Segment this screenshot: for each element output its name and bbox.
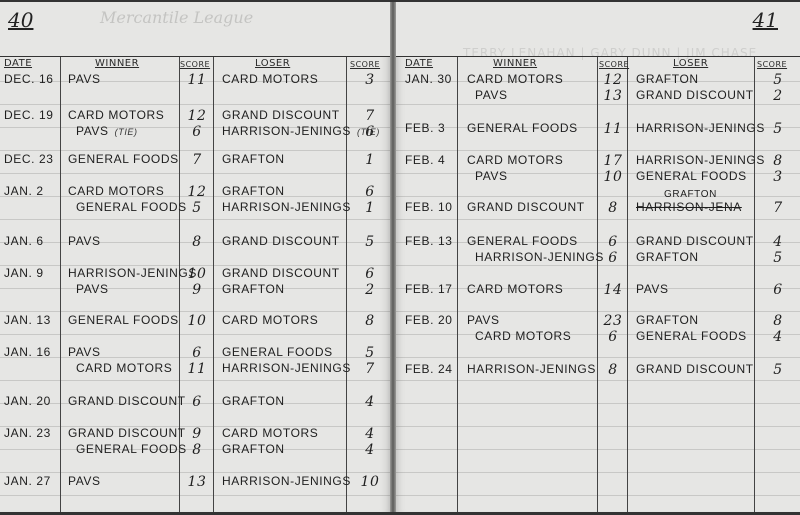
page-number: 40 bbox=[8, 8, 33, 32]
winner-score: 8 bbox=[600, 200, 626, 216]
winner-team: GENERAL FOODS bbox=[76, 442, 187, 456]
game-row: CARD MOTORS11HARRISON-JENINGS7 bbox=[0, 361, 393, 379]
loser-score: 6 bbox=[763, 282, 793, 298]
winner-team: GRAND DISCOUNT bbox=[467, 200, 585, 214]
loser-team: HARRISON-JENINGS bbox=[222, 361, 351, 375]
winner-team: CARD MOTORS bbox=[467, 282, 563, 296]
loser-score: 8 bbox=[350, 313, 390, 329]
loser-score: 5 bbox=[350, 234, 390, 250]
loser-score: 4 bbox=[763, 329, 793, 345]
winner-score: 17 bbox=[600, 153, 626, 169]
winner-score: 8 bbox=[184, 234, 210, 250]
loser-team: GRAFTON bbox=[636, 250, 699, 264]
game-row: JAN. 6PAVS8GRAND DISCOUNT5 bbox=[0, 234, 393, 252]
winner-score: 8 bbox=[184, 442, 210, 458]
game-date: JAN. 2 bbox=[4, 184, 44, 198]
game-date: FEB. 24 bbox=[405, 362, 453, 376]
game-row: PAVS(tie)6HARRISON-JENINGS(tie)6 bbox=[0, 124, 393, 142]
loser-team: GRAFTON bbox=[222, 184, 285, 198]
winner-team: PAVS bbox=[467, 313, 500, 327]
loser-team: CARD MOTORS bbox=[222, 72, 318, 86]
winner-score: 6 bbox=[600, 250, 626, 266]
right-page: 41 TERRY LENAHAN | GARY DUNN | JIM CHASE… bbox=[393, 0, 800, 515]
winner-score: 13 bbox=[600, 88, 626, 104]
loser-score: 7 bbox=[350, 108, 390, 124]
winner-team: GENERAL FOODS bbox=[76, 200, 187, 214]
game-date: FEB. 4 bbox=[405, 153, 445, 167]
game-date: FEB. 17 bbox=[405, 282, 453, 296]
winner-score: 8 bbox=[600, 362, 626, 378]
winner-team: PAVS bbox=[475, 169, 508, 183]
loser-score: 5 bbox=[350, 345, 390, 361]
loser-team: GRAFTON bbox=[636, 72, 699, 86]
loser-team: HARRISON-JENINGS bbox=[222, 200, 351, 214]
winner-team: PAVS bbox=[68, 72, 101, 86]
left-page: 40 Mercantile League DATE WINNER SCORE L… bbox=[0, 0, 393, 515]
winner-score: 6 bbox=[600, 234, 626, 250]
header-winner-score: SCORE bbox=[180, 60, 210, 69]
loser-score: 1 bbox=[350, 200, 390, 216]
loser-team: HARRISON-JENINGS bbox=[222, 474, 351, 488]
header-winner: WINNER bbox=[95, 58, 139, 69]
game-row: FEB. 3GENERAL FOODS11HARRISON-JENINGS5 bbox=[393, 121, 800, 139]
loser-team: PAVS bbox=[636, 282, 669, 296]
game-row: FEB. 10GRAND DISCOUNT8HARRISON-JENAGRAFT… bbox=[393, 200, 800, 218]
game-row: FEB. 17CARD MOTORS14PAVS6 bbox=[393, 282, 800, 300]
header-loser: LOSER bbox=[255, 58, 290, 69]
header-date: DATE bbox=[405, 58, 433, 69]
winner-score: 6 bbox=[184, 394, 210, 410]
winner-team: GENERAL FOODS bbox=[68, 313, 179, 327]
winner-team: GENERAL FOODS bbox=[467, 121, 578, 135]
winner-score: 10 bbox=[184, 313, 210, 329]
winner-team: CARD MOTORS bbox=[467, 153, 563, 167]
loser-score: 8 bbox=[763, 313, 793, 329]
winner-team: GENERAL FOODS bbox=[68, 152, 179, 166]
winner-team: HARRISON-JENINGS bbox=[68, 266, 197, 280]
game-row: DEC. 16PAVS11CARD MOTORS3 bbox=[0, 72, 393, 90]
loser-score: 2 bbox=[350, 282, 390, 298]
loser-team: HARRISON-JENAGRAFTON bbox=[636, 200, 742, 214]
winner-score: 6 bbox=[184, 345, 210, 361]
winner-score: 6 bbox=[600, 329, 626, 345]
header-winner-score: SCORE bbox=[599, 60, 629, 69]
game-row: JAN. 27PAVS13HARRISON-JENINGS10 bbox=[0, 474, 393, 492]
loser-team: GENERAL FOODS bbox=[636, 169, 747, 183]
loser-team: GRAFTON bbox=[222, 152, 285, 166]
winner-score: 9 bbox=[184, 426, 210, 442]
winner-score: 6 bbox=[184, 124, 210, 140]
loser-score: 2 bbox=[763, 88, 793, 104]
winner-score: 11 bbox=[184, 72, 210, 88]
loser-score: 3 bbox=[763, 169, 793, 185]
loser-team: GENERAL FOODS bbox=[636, 329, 747, 343]
loser-team: GRAND DISCOUNT bbox=[222, 234, 340, 248]
loser-team: GENERAL FOODS bbox=[222, 345, 333, 359]
game-row: DEC. 23GENERAL FOODS7GRAFTON1 bbox=[0, 152, 393, 170]
game-row: CARD MOTORS6GENERAL FOODS4 bbox=[393, 329, 800, 347]
game-date: FEB. 3 bbox=[405, 121, 445, 135]
winner-team: CARD MOTORS bbox=[76, 361, 172, 375]
loser-team: CARD MOTORS bbox=[222, 313, 318, 327]
game-date: JAN. 13 bbox=[4, 313, 51, 327]
loser-score: 8 bbox=[763, 153, 793, 169]
loser-score: 5 bbox=[763, 362, 793, 378]
loser-team: GRAFTON bbox=[222, 442, 285, 456]
winner-team: GENERAL FOODS bbox=[467, 234, 578, 248]
header-rule bbox=[0, 56, 393, 57]
faint-heading: Mercantile League bbox=[100, 8, 253, 27]
game-date: DEC. 19 bbox=[4, 108, 54, 122]
game-date: JAN. 27 bbox=[4, 474, 51, 488]
winner-score: 10 bbox=[600, 169, 626, 185]
game-date: JAN. 6 bbox=[4, 234, 44, 248]
loser-score: 6 bbox=[350, 266, 390, 282]
game-row: JAN. 20GRAND DISCOUNT6GRAFTON4 bbox=[0, 394, 393, 412]
winner-team: HARRISON-JENINGS bbox=[475, 250, 604, 264]
tie-note: (tie) bbox=[115, 127, 138, 137]
loser-score: 5 bbox=[763, 250, 793, 266]
loser-score: 7 bbox=[350, 361, 390, 377]
winner-score: 12 bbox=[184, 108, 210, 124]
loser-score: 6 bbox=[350, 124, 390, 140]
loser-score: 4 bbox=[763, 234, 793, 250]
winner-score: 10 bbox=[184, 266, 210, 282]
header-loser-score: SCORE bbox=[757, 60, 787, 69]
game-row: JAN. 13GENERAL FOODS10CARD MOTORS8 bbox=[0, 313, 393, 331]
winner-team: CARD MOTORS bbox=[68, 184, 164, 198]
game-row: PAVS10GENERAL FOODS3 bbox=[393, 169, 800, 187]
winner-score: 14 bbox=[600, 282, 626, 298]
winner-team: CARD MOTORS bbox=[68, 108, 164, 122]
game-row: PAVS9GRAFTON2 bbox=[0, 282, 393, 300]
loser-team: GRAFTON bbox=[222, 282, 285, 296]
winner-score: 9 bbox=[184, 282, 210, 298]
loser-team: GRAND DISCOUNT bbox=[636, 234, 754, 248]
loser-team: GRAND DISCOUNT bbox=[222, 108, 340, 122]
game-row: GENERAL FOODS8GRAFTON4 bbox=[0, 442, 393, 460]
loser-score: 4 bbox=[350, 394, 390, 410]
loser-team: HARRISON-JENINGS bbox=[636, 121, 765, 135]
loser-score: 4 bbox=[350, 426, 390, 442]
winner-team: PAVS bbox=[68, 345, 101, 359]
winner-team: PAVS bbox=[76, 282, 109, 296]
winner-score: 7 bbox=[184, 152, 210, 168]
winner-team: PAVS(tie) bbox=[76, 124, 138, 138]
game-date: DEC. 16 bbox=[4, 72, 54, 86]
game-date: FEB. 13 bbox=[405, 234, 453, 248]
winner-score: 5 bbox=[184, 200, 210, 216]
game-date: DEC. 23 bbox=[4, 152, 54, 166]
loser-team: HARRISON-JENINGS bbox=[636, 153, 765, 167]
loser-score: 6 bbox=[350, 184, 390, 200]
winner-team: HARRISON-JENINGS bbox=[467, 362, 596, 376]
struck-loser: HARRISON-JENA bbox=[636, 200, 742, 214]
header-winner: WINNER bbox=[493, 58, 537, 69]
loser-team: GRAND DISCOUNT bbox=[636, 362, 754, 376]
game-date: JAN. 9 bbox=[4, 266, 44, 280]
winner-team: GRAND DISCOUNT bbox=[68, 426, 186, 440]
corrected-loser: GRAFTON bbox=[664, 189, 717, 200]
header-loser: LOSER bbox=[673, 58, 708, 69]
top-edge bbox=[0, 0, 800, 2]
game-row: HARRISON-JENINGS6GRAFTON5 bbox=[393, 250, 800, 268]
game-date: JAN. 23 bbox=[4, 426, 51, 440]
loser-score: 7 bbox=[763, 200, 793, 216]
game-date: FEB. 10 bbox=[405, 200, 453, 214]
page-number: 41 bbox=[753, 8, 778, 32]
loser-score: 10 bbox=[350, 474, 390, 490]
loser-score: 5 bbox=[763, 72, 793, 88]
winner-team: GRAND DISCOUNT bbox=[68, 394, 186, 408]
loser-score: 3 bbox=[350, 72, 390, 88]
loser-team: GRAFTON bbox=[636, 313, 699, 327]
winner-team: PAVS bbox=[68, 234, 101, 248]
game-date: JAN. 30 bbox=[405, 72, 452, 86]
game-row: FEB. 24HARRISON-JENINGS8GRAND DISCOUNT5 bbox=[393, 362, 800, 380]
game-row: GENERAL FOODS5HARRISON-JENINGS1 bbox=[0, 200, 393, 218]
loser-score: 1 bbox=[350, 152, 390, 168]
loser-team: CARD MOTORS bbox=[222, 426, 318, 440]
loser-score: 4 bbox=[350, 442, 390, 458]
loser-team: GRAND DISCOUNT bbox=[636, 88, 754, 102]
loser-team: GRAFTON bbox=[222, 394, 285, 408]
winner-score: 23 bbox=[600, 313, 626, 329]
book-gutter bbox=[390, 0, 396, 515]
header-date: DATE bbox=[4, 58, 32, 69]
winner-team: CARD MOTORS bbox=[467, 72, 563, 86]
winner-team: PAVS bbox=[475, 88, 508, 102]
winner-score: 12 bbox=[600, 72, 626, 88]
game-date: FEB. 20 bbox=[405, 313, 453, 327]
winner-team: PAVS bbox=[68, 474, 101, 488]
winner-score: 13 bbox=[184, 474, 210, 490]
game-date: JAN. 20 bbox=[4, 394, 51, 408]
winner-score: 12 bbox=[184, 184, 210, 200]
winner-team: CARD MOTORS bbox=[475, 329, 571, 343]
winner-score: 11 bbox=[600, 121, 626, 137]
ledger-book: 40 Mercantile League DATE WINNER SCORE L… bbox=[0, 0, 800, 515]
header-loser-score: SCORE bbox=[350, 60, 380, 69]
loser-team: GRAND DISCOUNT bbox=[222, 266, 340, 280]
game-date: JAN. 16 bbox=[4, 345, 51, 359]
loser-score: 5 bbox=[763, 121, 793, 137]
winner-score: 11 bbox=[184, 361, 210, 377]
game-row: PAVS13GRAND DISCOUNT2 bbox=[393, 88, 800, 106]
